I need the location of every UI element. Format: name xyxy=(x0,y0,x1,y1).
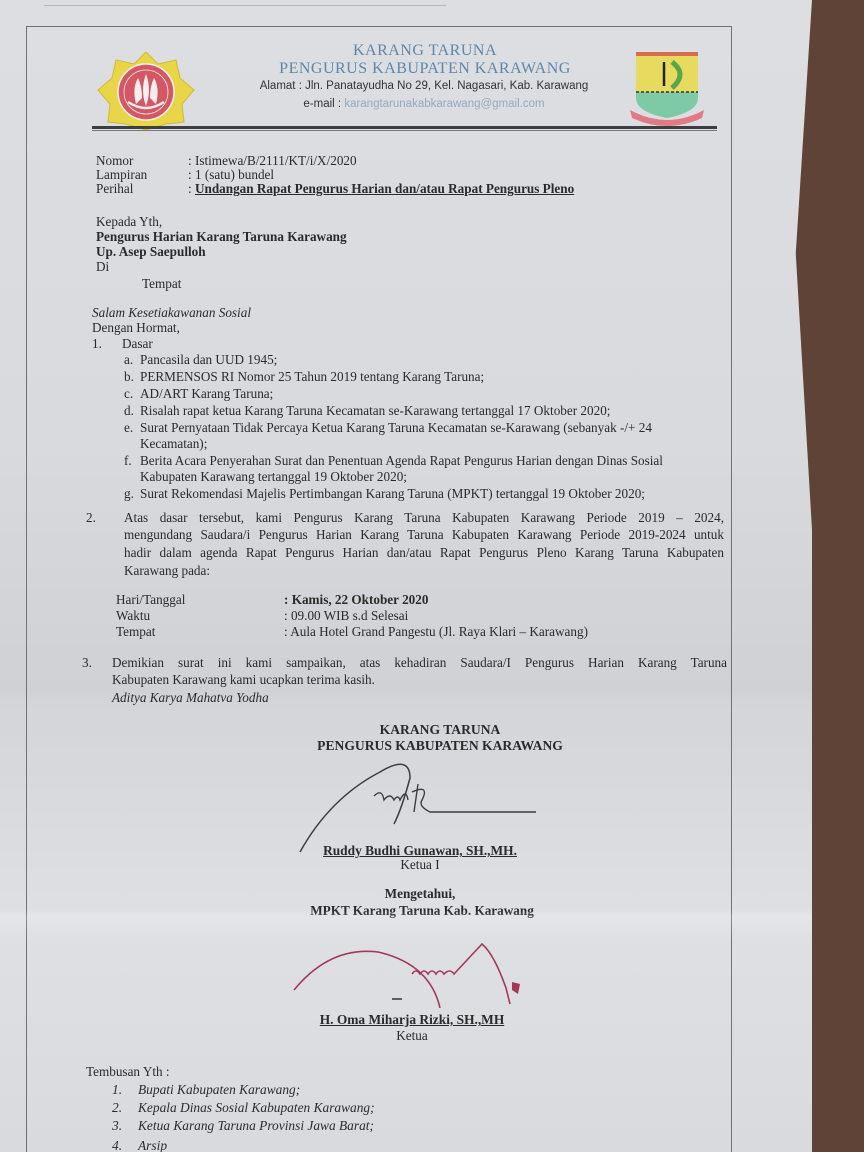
salam: Salam Kesetiakawanan Sosial xyxy=(92,305,251,321)
dasar-item-letter: a. xyxy=(124,352,133,368)
page-border xyxy=(26,26,732,1152)
perihal-prefix: : xyxy=(188,181,195,196)
org-unit: PENGURUS KABUPATEN KARAWANG xyxy=(240,60,610,78)
dasar-item-letter: f. xyxy=(124,453,132,469)
dasar-item-letter: b. xyxy=(124,369,134,385)
letterhead-rule xyxy=(92,126,717,129)
tembusan-title: Tembusan Yth : xyxy=(86,1064,170,1080)
sign-block1-unit: PENGURUS KABUPATEN KARAWANG xyxy=(262,738,618,754)
dengan-hormat: Dengan Hormat, xyxy=(92,320,180,336)
tembusan-item-number: 1. xyxy=(112,1082,122,1098)
dasar-item-text: PERMENSOS RI Nomor 25 Tahun 2019 tentang… xyxy=(140,369,484,385)
section2-line: hadir dalam agenda Rapat Pengurus Harian… xyxy=(124,545,724,561)
schedule-label: Waktu xyxy=(116,608,150,624)
dasar-item-text: Kabupaten Karawang tertanggal 19 Oktober… xyxy=(140,469,407,485)
tembusan-item-text: Arsip xyxy=(138,1138,167,1152)
dasar-item-text: AD/ART Karang Taruna; xyxy=(140,386,273,402)
perihal-value: Undangan Rapat Pengurus Harian dan/atau … xyxy=(195,181,574,196)
nomor-value: : Istimewa/B/2111/KT/i/X/2020 xyxy=(188,153,357,169)
schedule-label: Tempat xyxy=(116,624,155,640)
tembusan-item-number: 4. xyxy=(112,1138,122,1152)
motto: Aditya Karya Mahatva Yodha xyxy=(112,690,269,706)
email-link[interactable]: karangtarunakabkarawang@gmail.com xyxy=(344,98,544,110)
schedule-label: Hari/Tanggal xyxy=(116,592,185,608)
signer2-name: H. Oma Miharja Rizki, SH.,MH xyxy=(262,1012,562,1028)
letter-paper: KARANG TARUNA PENGURUS KABUPATEN KARAWAN… xyxy=(0,0,812,1152)
dasar-item-text: Berita Acara Penyerahan Surat dan Penent… xyxy=(140,453,663,469)
section3-number: 3. xyxy=(82,655,92,671)
section2-number: 2. xyxy=(86,510,96,526)
signer2-title: Ketua xyxy=(262,1028,562,1044)
sign-block1-org: KARANG TARUNA xyxy=(270,722,610,738)
schedule-value: : Aula Hotel Grand Pangestu (Jl. Raya Kl… xyxy=(284,624,588,640)
lampiran-label: Lampiran xyxy=(96,167,147,183)
tembusan-item-number: 3. xyxy=(112,1118,122,1134)
letterhead-rule-thin xyxy=(92,130,717,131)
section1-title: Dasar xyxy=(122,336,153,352)
section2-line: Karawang pada: xyxy=(124,563,210,579)
section3-line: Kabupaten Karawang kami ucapkan terima k… xyxy=(112,672,375,688)
recipient-tempat: Tempat xyxy=(142,276,181,292)
org-email-line: e-mail : karangtarunakabkarawang@gmail.c… xyxy=(224,98,624,110)
section1-number: 1. xyxy=(92,336,102,352)
schedule-value: : 09.00 WIB s.d Selesai xyxy=(284,608,408,624)
section3-line: Demikian surat ini kami sampaikan, atas … xyxy=(112,655,727,671)
kepada-yth: Kepada Yth, xyxy=(96,214,162,230)
schedule-value: : Kamis, 22 Oktober 2020 xyxy=(284,592,428,608)
karawang-crest-icon xyxy=(628,46,706,126)
recipient-up: Up. Asep Saepulloh xyxy=(96,244,206,260)
signature-1-icon xyxy=(290,748,550,860)
org-address: Alamat : Jln. Panatayudha No 29, Kel. Na… xyxy=(224,80,624,92)
signer1-name: Ruddy Budhi Gunawan, SH.,MH. xyxy=(270,843,570,859)
section2-line: mengundang Saudara/i Pengurus Harian Kar… xyxy=(124,527,724,543)
dasar-item-text: Risalah rapat ketua Karang Taruna Kecama… xyxy=(140,403,610,419)
section2-line: Atas dasar tersebut, kami Pengurus Karan… xyxy=(124,510,724,526)
tembusan-item-text: Kepala Dinas Sosial Kabupaten Karawang; xyxy=(138,1100,375,1116)
sign-block2-org: MPKT Karang Taruna Kab. Karawang xyxy=(262,903,582,919)
karang-taruna-emblem-icon xyxy=(96,50,196,130)
paper-edge-line xyxy=(44,5,446,6)
recipient-name: Pengurus Harian Karang Taruna Karawang xyxy=(96,229,347,245)
org-name: KARANG TARUNA xyxy=(240,42,610,60)
dasar-item-text: Surat Pernyataan Tidak Percaya Ketua Kar… xyxy=(140,420,652,436)
signer1-title: Ketua I xyxy=(270,857,570,873)
lampiran-value: : 1 (satu) bundel xyxy=(188,167,274,183)
signature-2-icon xyxy=(290,938,530,1018)
dasar-item-text: Kecamatan); xyxy=(140,436,207,452)
nomor-label: Nomor xyxy=(96,153,133,169)
recipient-di: Di xyxy=(96,259,109,275)
tembusan-item-text: Ketua Karang Taruna Provinsi Jawa Barat; xyxy=(138,1118,374,1134)
tembusan-item-text: Bupati Kabupaten Karawang; xyxy=(138,1082,300,1098)
dasar-item-text: Surat Rekomendasi Majelis Pertimbangan K… xyxy=(140,486,645,502)
tembusan-item-number: 2. xyxy=(112,1100,122,1116)
acknowledge-label: Mengetahui, xyxy=(270,886,570,902)
email-label: e-mail : xyxy=(303,98,344,110)
perihal-label: Perihal xyxy=(96,181,133,197)
dasar-item-letter: e. xyxy=(124,420,133,436)
dasar-item-letter: d. xyxy=(124,403,134,419)
perihal-line: : Undangan Rapat Pengurus Harian dan/ata… xyxy=(188,181,574,197)
dasar-item-letter: c. xyxy=(124,386,133,402)
dasar-item-text: Pancasila dan UUD 1945; xyxy=(140,352,277,368)
dasar-item-letter: g. xyxy=(124,486,134,502)
